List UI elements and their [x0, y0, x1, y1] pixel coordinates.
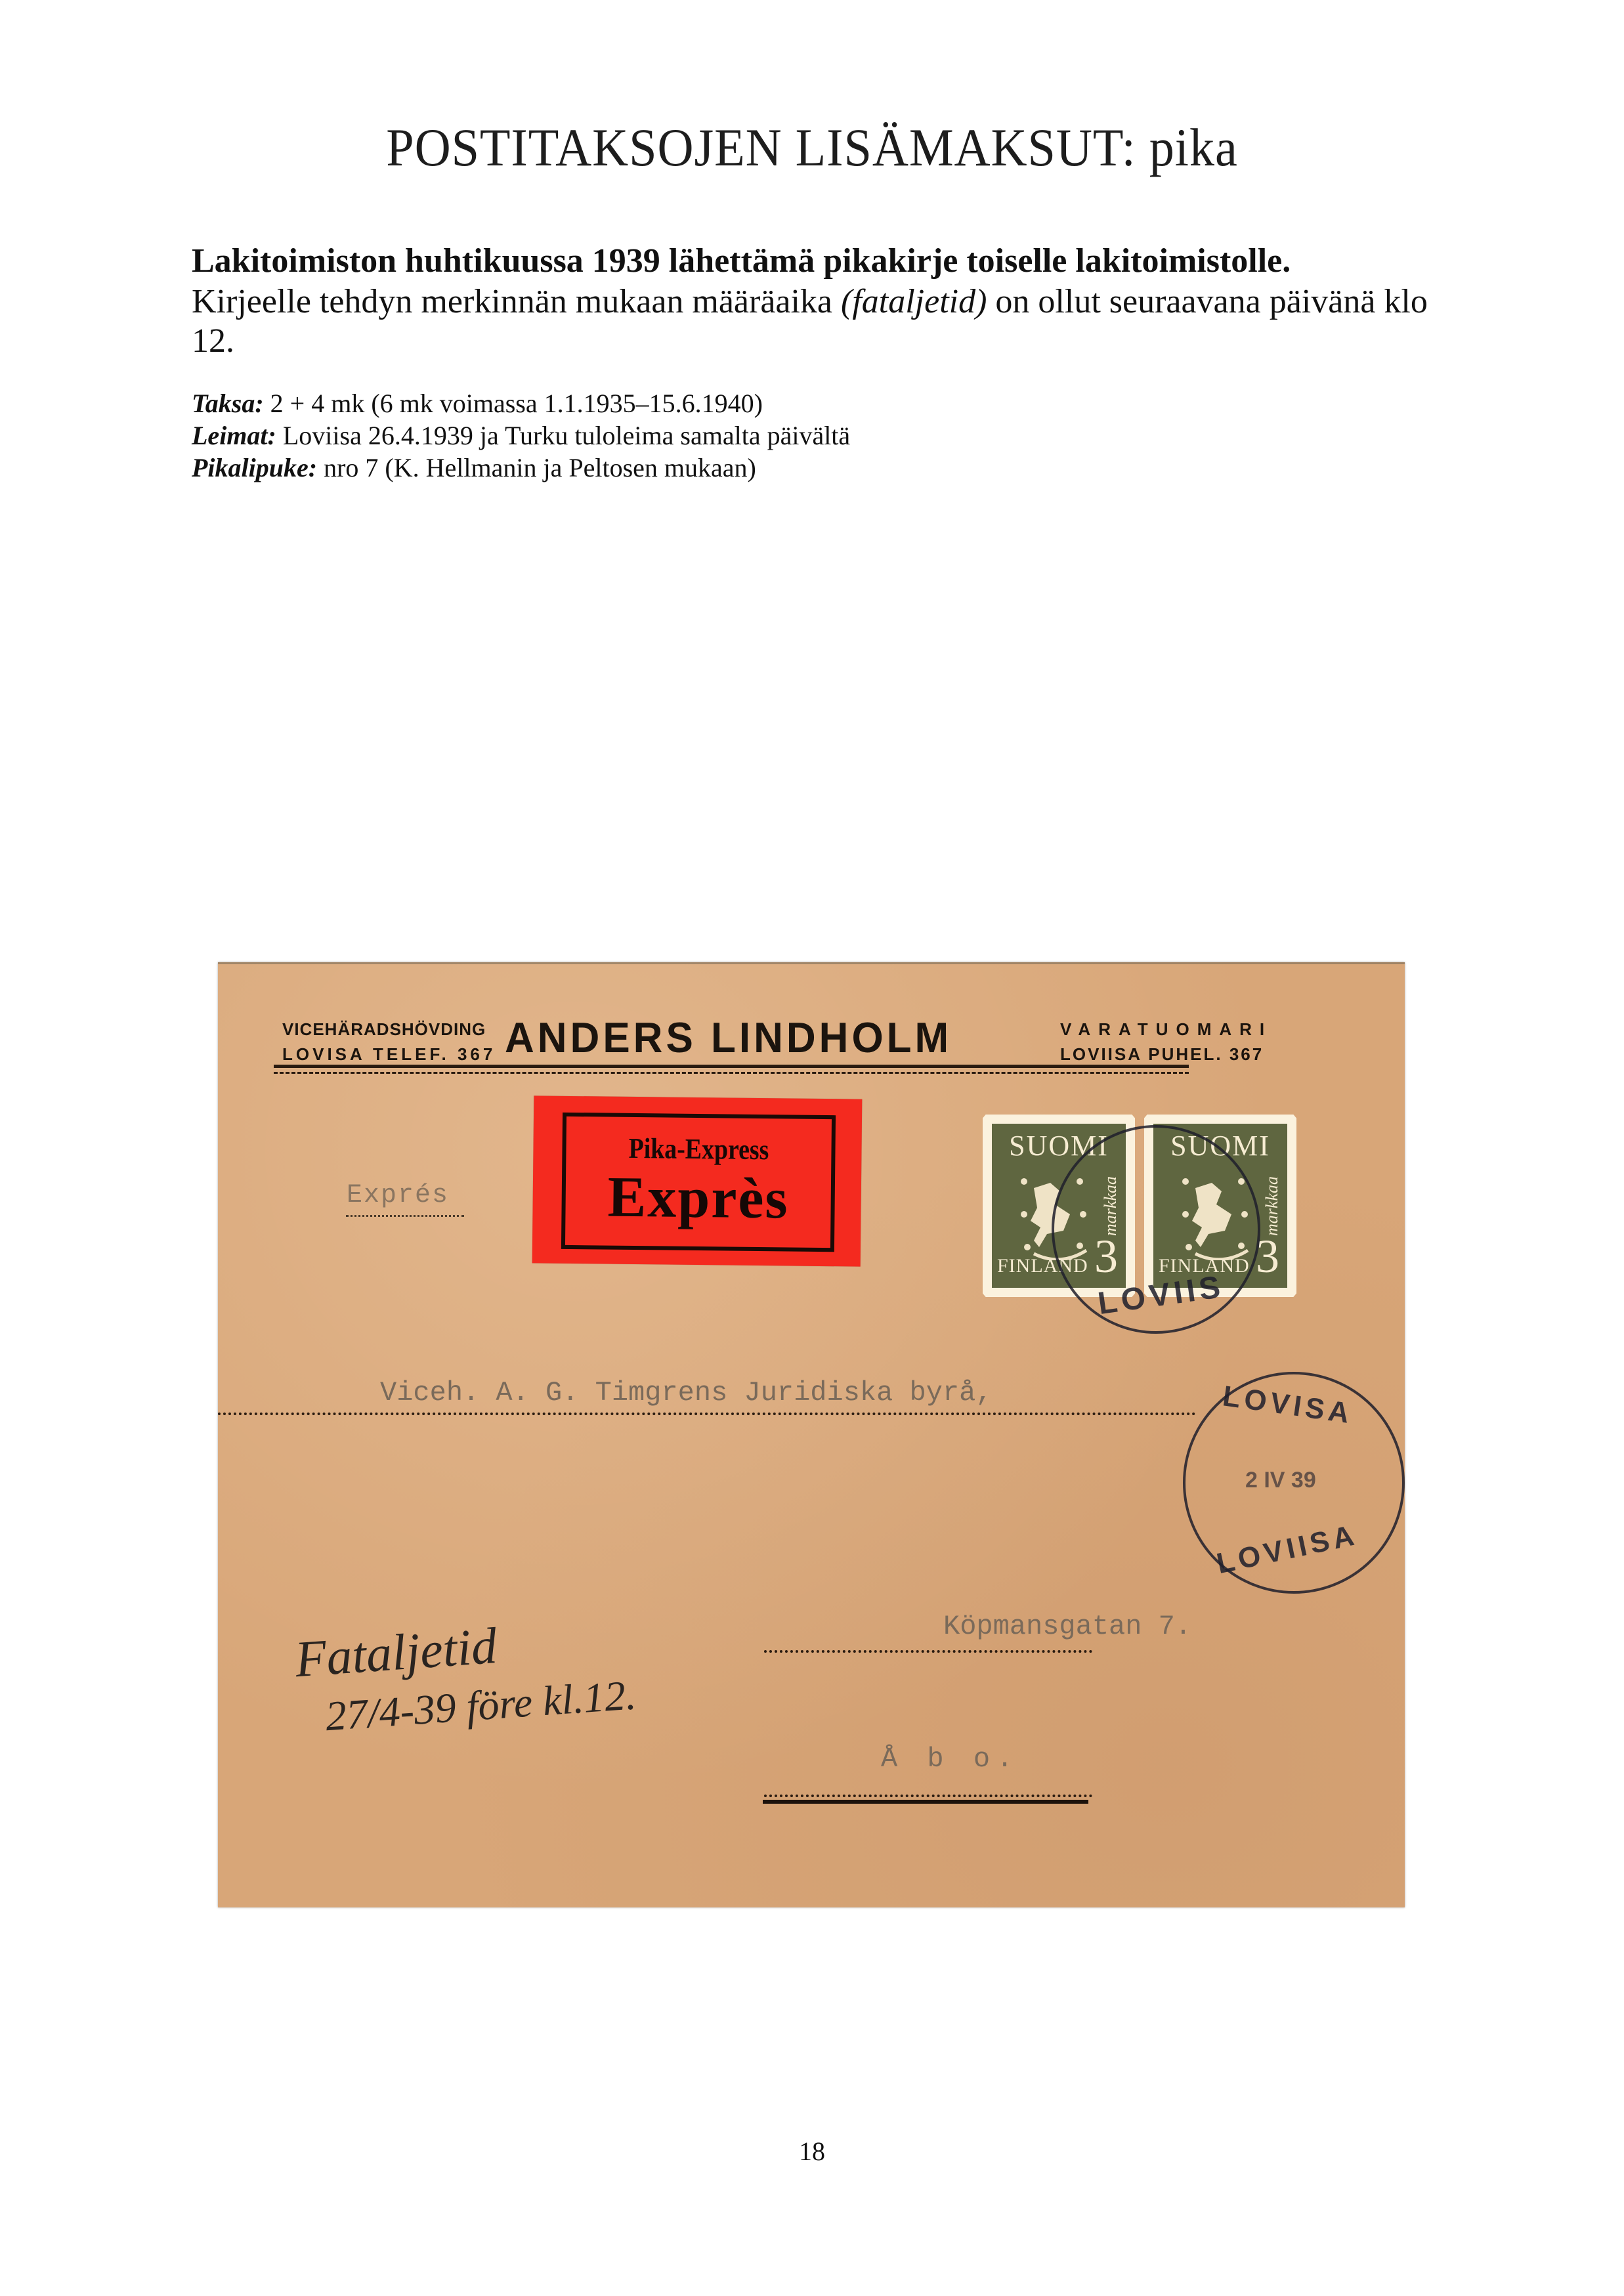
letterhead-title-fi: VARATUOMARI — [1060, 1017, 1272, 1042]
intro-text: Lakitoimiston huhtikuussa 1939 lähettämä… — [192, 242, 1439, 361]
address-line-1: Viceh. A. G. Timgrens Juridiska byrå, — [380, 1377, 993, 1409]
detail-value: Loviisa 26.4.1939 ja Turku tuloleima sam… — [276, 421, 850, 450]
detail-label: Leimat: — [192, 421, 276, 450]
detail-leimat: Leimat: Loviisa 26.4.1939 ja Turku tulol… — [192, 419, 850, 452]
detail-taksa: Taksa: 2 + 4 mk (6 mk voimassa 1.1.1935–… — [192, 387, 850, 419]
address-dotted-line — [764, 1795, 1092, 1797]
detail-label: Pikalipuke: — [192, 453, 317, 482]
typed-expres-underline — [346, 1215, 464, 1217]
letterhead-right: VARATUOMARI LOVIISA PUHEL. 367 — [1060, 1017, 1272, 1067]
address-dotted-line — [764, 1650, 1092, 1653]
intro-text-part: Kirjeelle tehdyn merkinnän mukaan määräa… — [192, 283, 841, 320]
envelope-edge — [218, 962, 1405, 964]
page-number: 18 — [0, 2136, 1624, 2167]
stamp-unit: markkaa — [1262, 1176, 1282, 1236]
letterhead-title-sv: VICEHÄRADSHÖVDING — [282, 1017, 496, 1042]
address-line-2: Köpmansgatan 7. — [943, 1611, 1191, 1642]
letterhead-left: VICEHÄRADSHÖVDING LOVISA TELEF. 367 — [282, 1017, 496, 1067]
handwritten-note: Fataljetid 27/4-39 före kl.12. — [280, 1607, 638, 1744]
letterhead-phone-fi: LOVIISA PUHEL. 367 — [1060, 1042, 1272, 1067]
letterhead-phone-sv: LOVISA TELEF. 367 — [282, 1042, 496, 1067]
detail-value: 2 + 4 mk (6 mk voimassa 1.1.1935–15.6.19… — [264, 389, 763, 418]
address-line-3: Å b o. — [881, 1743, 1019, 1775]
letterhead-rule — [274, 1065, 1189, 1068]
page-title: POSTITAKSOJEN LISÄMAKSUT: pika — [57, 117, 1568, 179]
typed-expres: Exprés — [347, 1181, 449, 1210]
intro-regular-line: Kirjeelle tehdyn merkinnän mukaan määräa… — [192, 282, 1439, 361]
express-label: Pika-Express Exprès — [532, 1095, 863, 1266]
address-rule — [763, 1800, 1088, 1804]
letterhead-name: ANDERS LINDHOLM — [505, 1013, 952, 1063]
detail-pikalipuke: Pikalipuke: nro 7 (K. Hellmanin ja Pelto… — [192, 452, 850, 484]
letterhead-rule-dashed — [274, 1072, 1189, 1074]
envelope-image: VICEHÄRADSHÖVDING LOVISA TELEF. 367 ANDE… — [218, 962, 1405, 1907]
detail-label: Taksa: — [192, 389, 264, 418]
intro-bold-line: Lakitoimiston huhtikuussa 1939 lähettämä… — [192, 242, 1439, 281]
express-label-main-text: Exprès — [565, 1164, 831, 1233]
detail-value: nro 7 (K. Hellmanin ja Peltosen mukaan) — [317, 453, 756, 482]
postmark-right-date: 2 IV 39 — [1245, 1468, 1316, 1493]
address-dotted-line — [218, 1413, 1196, 1415]
express-label-frame: Pika-Express Exprès — [561, 1113, 836, 1252]
intro-italic-term: (fataljetid) — [841, 283, 987, 320]
express-label-top-text: Pika-Express — [585, 1131, 813, 1167]
details-list: Taksa: 2 + 4 mk (6 mk voimassa 1.1.1935–… — [192, 387, 850, 484]
